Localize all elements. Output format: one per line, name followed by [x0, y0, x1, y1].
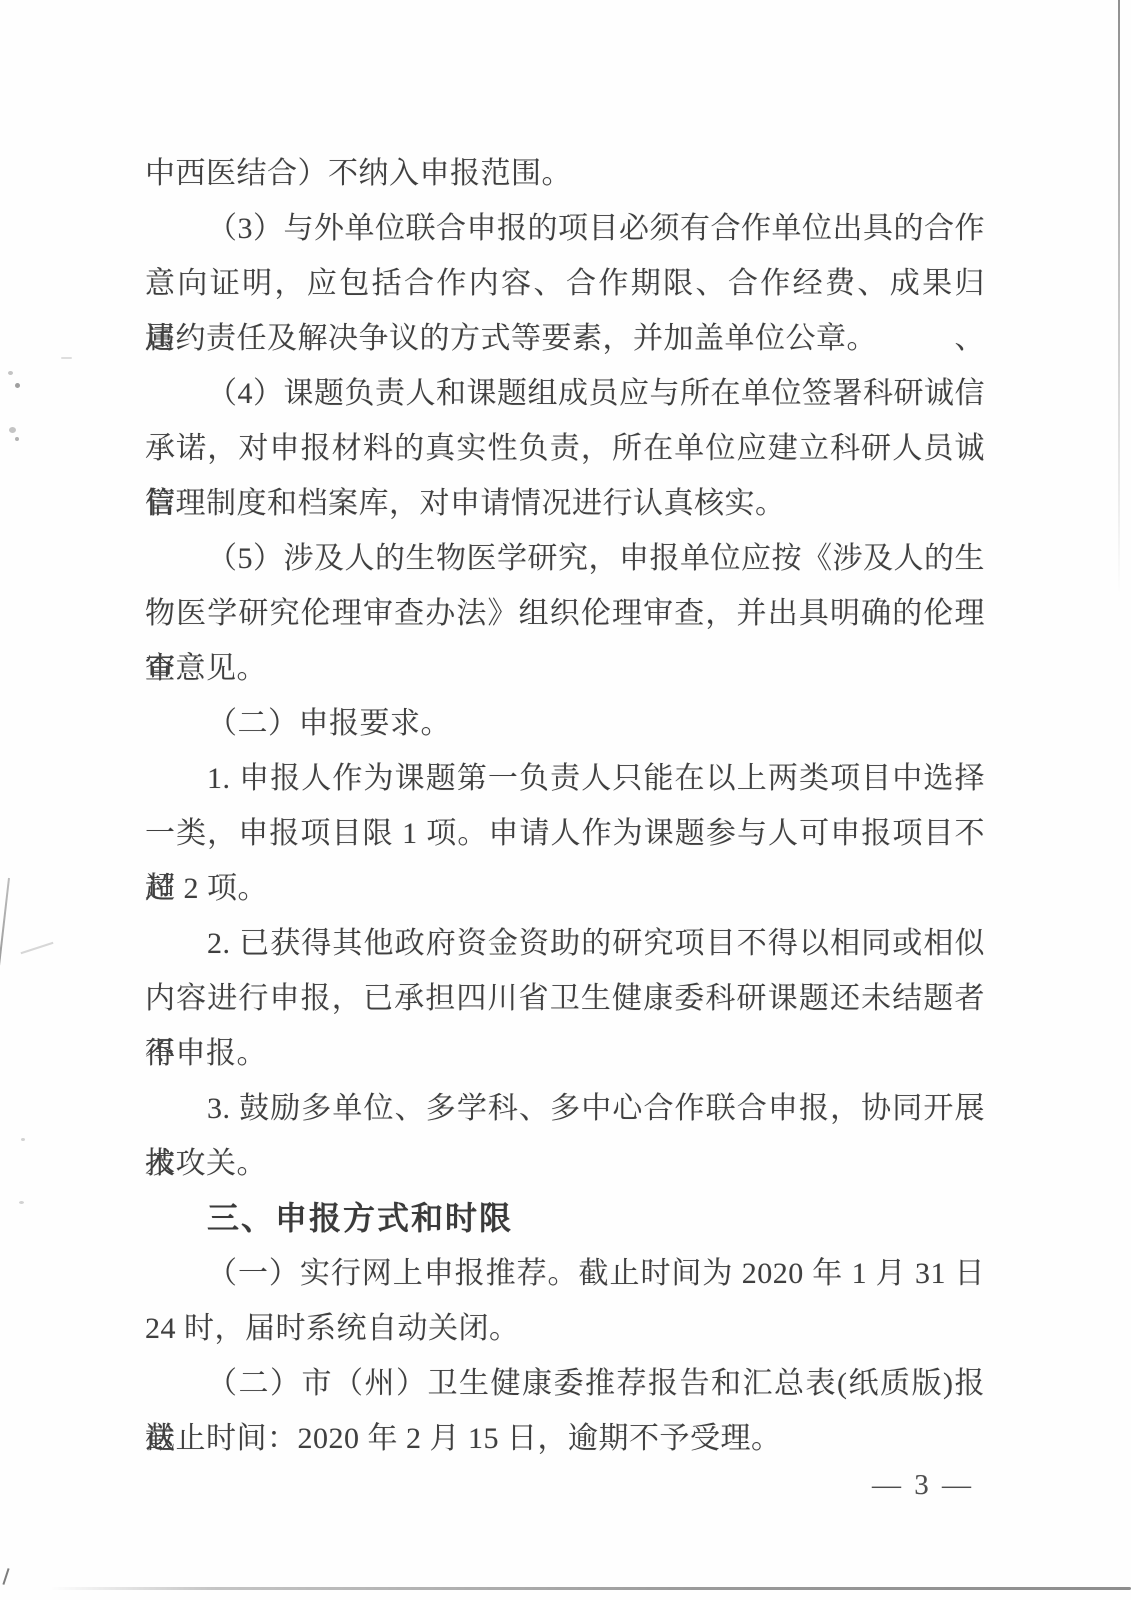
scan-scratch-mark: [0, 878, 10, 970]
text-line: 术攻关。: [145, 1136, 985, 1191]
text-line: （3）与外单位联合申报的项目必须有合作单位出具的合作: [145, 201, 985, 256]
ink-speck: [15, 383, 20, 388]
page-number: — 3 —: [872, 1458, 974, 1513]
text-line: 查意见。: [145, 641, 985, 696]
text-line: 管理制度和档案库，对申请情况进行认真核实。: [145, 476, 985, 531]
text-line: 24 时，届时系统自动关闭。: [145, 1301, 985, 1356]
text-line: 内容进行申报，已承担四川省卫生健康委科研课题还未结题者不: [145, 971, 985, 1026]
text-line: 中西医结合）不纳入申报范围。: [145, 146, 985, 201]
text-line: （5）涉及人的生物医学研究，申报单位应按《涉及人的生: [145, 531, 985, 586]
text-line: （一）实行网上申报推荐。截止时间为 2020 年 1 月 31 日: [145, 1246, 985, 1301]
text-line: 意向证明，应包括合作内容、合作期限、合作经费、成果归属、: [145, 256, 985, 311]
section-heading: 三、申报方式和时限: [145, 1191, 985, 1246]
document-lines: 中西医结合）不纳入申报范围。（3）与外单位联合申报的项目必须有合作单位出具的合作…: [145, 146, 985, 1466]
scan-corner-tick-mark: [2, 1568, 9, 1585]
text-line: （4）课题负责人和课题组成员应与所在单位签署科研诚信: [145, 366, 985, 421]
text-line: 3. 鼓励多单位、多学科、多中心合作联合申报，协同开展技: [145, 1081, 985, 1136]
text-line: 过 2 项。: [145, 861, 985, 916]
scanned-document-page: 中西医结合）不纳入申报范围。（3）与外单位联合申报的项目必须有合作单位出具的合作…: [0, 0, 1131, 1600]
text-line: 2. 已获得其他政府资金资助的研究项目不得以相同或相似: [145, 916, 985, 971]
scan-edge-bottom-line: [50, 1587, 1131, 1590]
ink-speck: [21, 1138, 25, 1141]
ink-speck: [15, 437, 19, 441]
ink-speck: [19, 1201, 24, 1204]
text-line: 承诺，对申报材料的真实性负责，所在单位应建立科研人员诚信: [145, 421, 985, 476]
scan-scratch-tick-mark: [21, 942, 54, 954]
text-line: 截止时间：2020 年 2 月 15 日，逾期不予受理。: [145, 1411, 985, 1466]
scan-edge-right-line: [1118, 0, 1120, 700]
ink-speck: [8, 371, 13, 375]
text-line: 得申报。: [145, 1026, 985, 1081]
text-line: 1. 申报人作为课题第一负责人只能在以上两类项目中选择: [145, 751, 985, 806]
text-line: 物医学研究伦理审查办法》组织伦理审查，并出具明确的伦理审: [145, 586, 985, 641]
subsection-heading: （二）申报要求。: [145, 696, 985, 751]
ink-speck: [61, 357, 72, 359]
text-line: 违约责任及解决争议的方式等要素，并加盖单位公章。: [145, 311, 985, 366]
text-line: 一类，申报项目限 1 项。申请人作为课题参与人可申报项目不超: [145, 806, 985, 861]
text-line: （二）市（州）卫生健康委推荐报告和汇总表(纸质版)报送: [145, 1356, 985, 1411]
ink-speck: [9, 427, 16, 433]
